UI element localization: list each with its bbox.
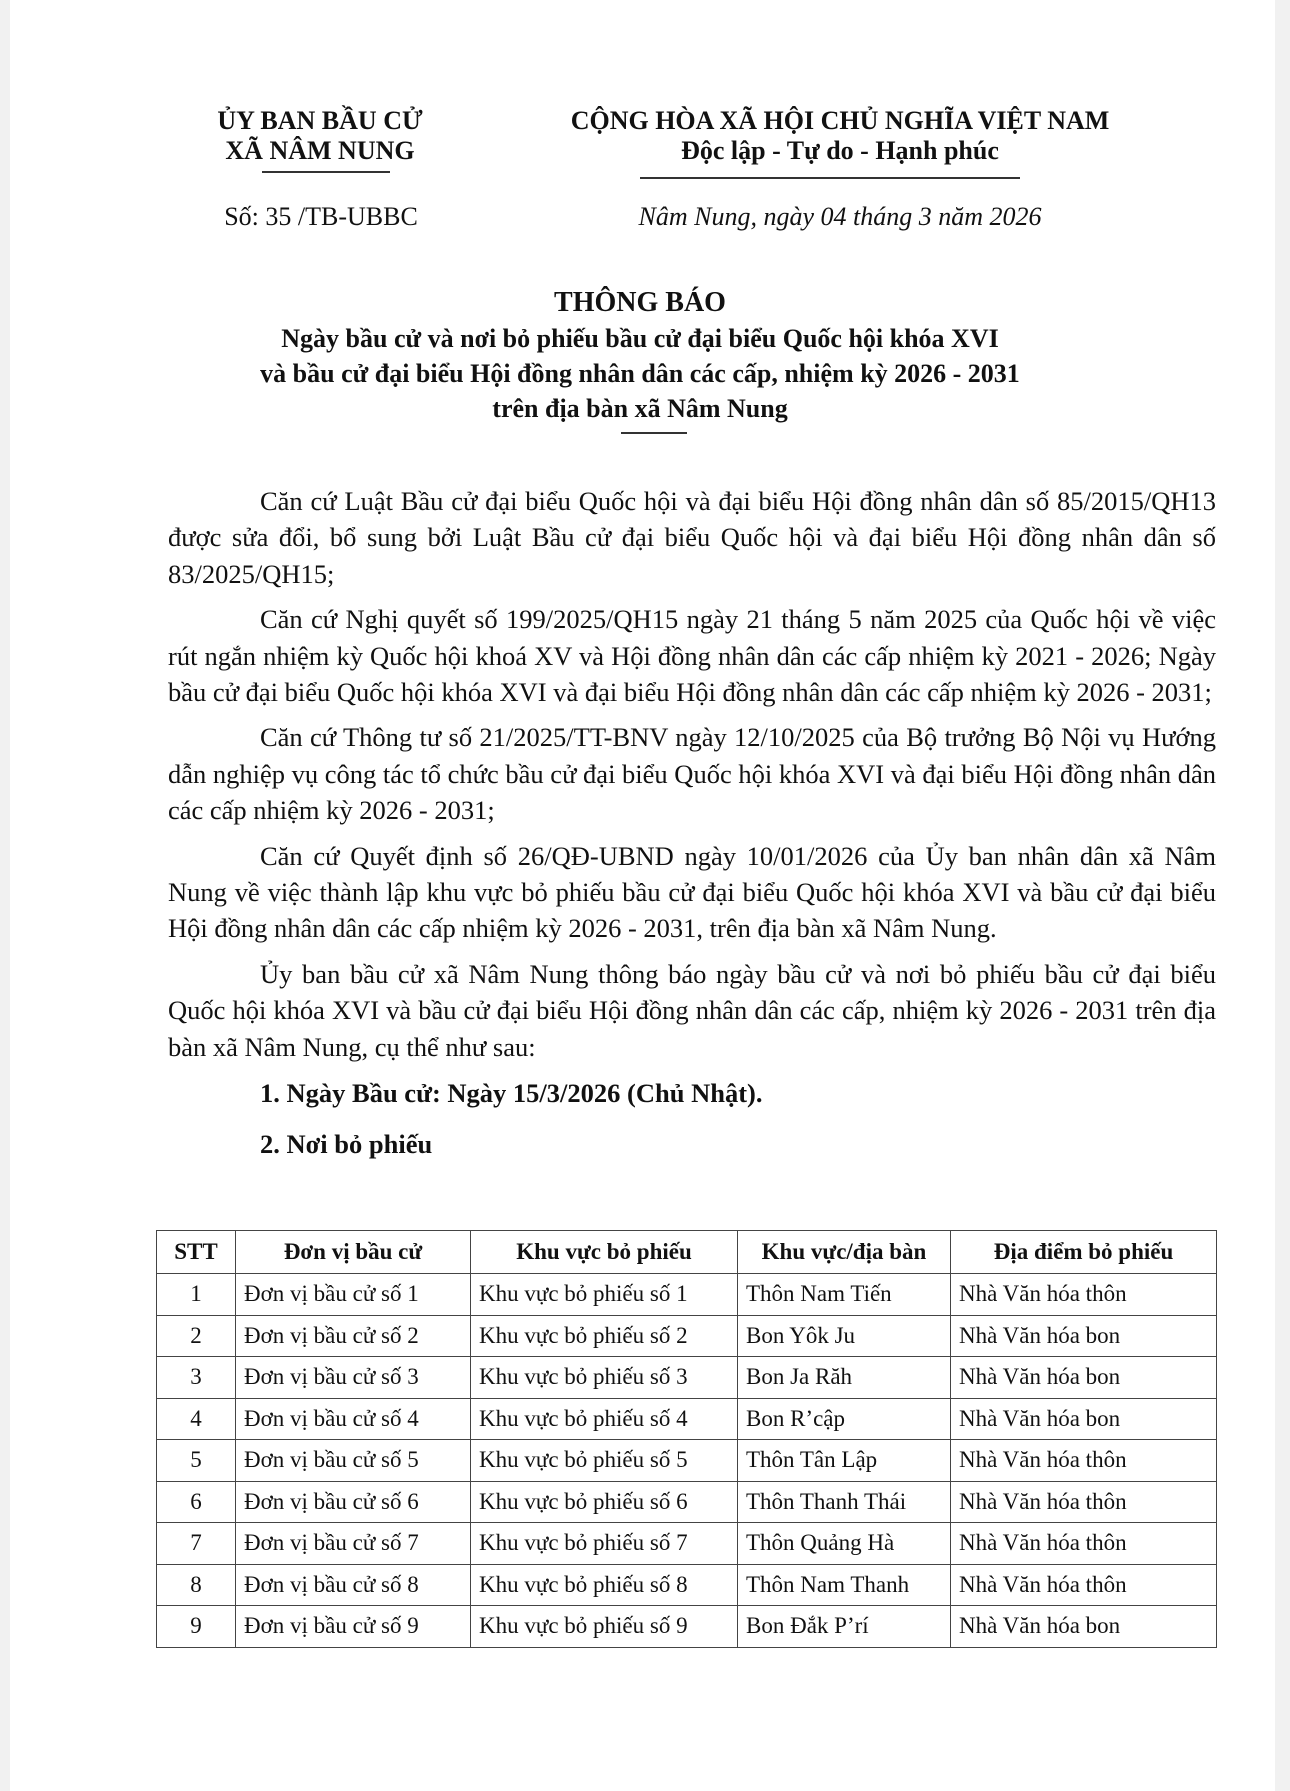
column-header-locality: Khu vực/địa bàn bbox=[738, 1231, 951, 1274]
table-row: 6Đơn vị bầu cử số 6Khu vực bỏ phiếu số 6… bbox=[157, 1481, 1217, 1523]
table-header-row: STT Đơn vị bầu cử Khu vực bỏ phiếu Khu v… bbox=[157, 1231, 1217, 1274]
cell-electoral-unit: Đơn vị bầu cử số 4 bbox=[236, 1398, 471, 1440]
section-election-date: 1. Ngày Bầu cử: Ngày 15/3/2026 (Chủ Nhật… bbox=[168, 1075, 1216, 1111]
title-underline bbox=[621, 432, 687, 434]
cell-polling-area: Khu vực bỏ phiếu số 2 bbox=[471, 1315, 738, 1357]
cell-polling-location: Nhà Văn hóa thôn bbox=[951, 1523, 1217, 1565]
cell-locality: Thôn Nam Tiến bbox=[738, 1274, 951, 1316]
cell-polling-area: Khu vực bỏ phiếu số 7 bbox=[471, 1523, 738, 1565]
cell-polling-area: Khu vực bỏ phiếu số 1 bbox=[471, 1274, 738, 1316]
title-subtitle-3: trên địa bàn xã Nâm Nung bbox=[140, 391, 1140, 426]
national-heading: CỘNG HÒA XÃ HỘI CHỦ NGHĨA VIỆT NAM Độc l… bbox=[540, 106, 1140, 166]
cell-locality: Bon Yôk Ju bbox=[738, 1315, 951, 1357]
cell-polling-location: Nhà Văn hóa bon bbox=[951, 1606, 1217, 1648]
document-date: Nâm Nung, ngày 04 tháng 3 năm 2026 bbox=[540, 202, 1140, 232]
cell-locality: Bon Đắk P’rí bbox=[738, 1606, 951, 1648]
column-header-electoral-unit: Đơn vị bầu cử bbox=[236, 1231, 471, 1274]
section-polling-places: 2. Nơi bỏ phiếu bbox=[168, 1126, 1216, 1162]
table-row: 5Đơn vị bầu cử số 5Khu vực bỏ phiếu số 5… bbox=[157, 1440, 1217, 1482]
cell-polling-location: Nhà Văn hóa thôn bbox=[951, 1440, 1217, 1482]
table-row: 4Đơn vị bầu cử số 4Khu vực bỏ phiếu số 4… bbox=[157, 1398, 1217, 1440]
cell-electoral-unit: Đơn vị bầu cử số 9 bbox=[236, 1606, 471, 1648]
cell-locality: Thôn Nam Thanh bbox=[738, 1564, 951, 1606]
document-title: THÔNG BÁO Ngày bầu cử và nơi bỏ phiếu bầ… bbox=[140, 285, 1140, 426]
table-row: 2Đơn vị bầu cử số 2Khu vực bỏ phiếu số 2… bbox=[157, 1315, 1217, 1357]
authority-underline bbox=[262, 171, 390, 173]
authority-line-1: ỦY BAN BẦU CỬ bbox=[170, 106, 470, 136]
cell-electoral-unit: Đơn vị bầu cử số 6 bbox=[236, 1481, 471, 1523]
cell-stt: 2 bbox=[157, 1315, 236, 1357]
column-header-polling-area: Khu vực bỏ phiếu bbox=[471, 1231, 738, 1274]
cell-locality: Thôn Thanh Thái bbox=[738, 1481, 951, 1523]
issuing-authority: ỦY BAN BẦU CỬ XÃ NÂM NUNG bbox=[170, 106, 470, 166]
cell-stt: 4 bbox=[157, 1398, 236, 1440]
cell-electoral-unit: Đơn vị bầu cử số 1 bbox=[236, 1274, 471, 1316]
cell-locality: Thôn Tân Lập bbox=[738, 1440, 951, 1482]
cell-polling-area: Khu vực bỏ phiếu số 5 bbox=[471, 1440, 738, 1482]
cell-stt: 8 bbox=[157, 1564, 236, 1606]
column-header-polling-location: Địa điểm bỏ phiếu bbox=[951, 1231, 1217, 1274]
paragraph-legal-basis-3: Căn cứ Thông tư số 21/2025/TT-BNV ngày 1… bbox=[168, 719, 1216, 828]
cell-polling-area: Khu vực bỏ phiếu số 3 bbox=[471, 1357, 738, 1399]
cell-electoral-unit: Đơn vị bầu cử số 7 bbox=[236, 1523, 471, 1565]
national-motto: Độc lập - Tự do - Hạnh phúc bbox=[540, 136, 1140, 166]
paragraph-legal-basis-1: Căn cứ Luật Bầu cử đại biểu Quốc hội và … bbox=[168, 483, 1216, 592]
cell-polling-area: Khu vực bỏ phiếu số 8 bbox=[471, 1564, 738, 1606]
cell-electoral-unit: Đơn vị bầu cử số 2 bbox=[236, 1315, 471, 1357]
cell-electoral-unit: Đơn vị bầu cử số 8 bbox=[236, 1564, 471, 1606]
cell-polling-area: Khu vực bỏ phiếu số 6 bbox=[471, 1481, 738, 1523]
paragraph-announcement: Ủy ban bầu cử xã Nâm Nung thông báo ngày… bbox=[168, 956, 1216, 1065]
authority-line-2: XÃ NÂM NUNG bbox=[170, 136, 470, 166]
table-row: 1Đơn vị bầu cử số 1Khu vực bỏ phiếu số 1… bbox=[157, 1274, 1217, 1316]
cell-stt: 7 bbox=[157, 1523, 236, 1565]
polling-places-table: STT Đơn vị bầu cử Khu vực bỏ phiếu Khu v… bbox=[156, 1230, 1217, 1648]
cell-polling-location: Nhà Văn hóa thôn bbox=[951, 1481, 1217, 1523]
cell-polling-location: Nhà Văn hóa bon bbox=[951, 1315, 1217, 1357]
cell-locality: Thôn Quảng Hà bbox=[738, 1523, 951, 1565]
document-number: Số: 35 /TB-UBBC bbox=[176, 202, 466, 232]
title-subtitle-1: Ngày bầu cử và nơi bỏ phiếu bầu cử đại b… bbox=[140, 321, 1140, 356]
cell-stt: 6 bbox=[157, 1481, 236, 1523]
cell-polling-location: Nhà Văn hóa bon bbox=[951, 1398, 1217, 1440]
cell-polling-location: Nhà Văn hóa thôn bbox=[951, 1274, 1217, 1316]
cell-locality: Bon Ja Răh bbox=[738, 1357, 951, 1399]
cell-polling-area: Khu vực bỏ phiếu số 4 bbox=[471, 1398, 738, 1440]
paragraph-legal-basis-2: Căn cứ Nghị quyết số 199/2025/QH15 ngày … bbox=[168, 601, 1216, 710]
title-main: THÔNG BÁO bbox=[140, 285, 1140, 321]
table-row: 3Đơn vị bầu cử số 3Khu vực bỏ phiếu số 3… bbox=[157, 1357, 1217, 1399]
cell-locality: Bon R’cập bbox=[738, 1398, 951, 1440]
document-body: Căn cứ Luật Bầu cử đại biểu Quốc hội và … bbox=[168, 483, 1216, 1176]
cell-electoral-unit: Đơn vị bầu cử số 3 bbox=[236, 1357, 471, 1399]
cell-polling-location: Nhà Văn hóa thôn bbox=[951, 1564, 1217, 1606]
cell-stt: 9 bbox=[157, 1606, 236, 1648]
table-row: 9Đơn vị bầu cử số 9Khu vực bỏ phiếu số 9… bbox=[157, 1606, 1217, 1648]
table-row: 7Đơn vị bầu cử số 7Khu vực bỏ phiếu số 7… bbox=[157, 1523, 1217, 1565]
table-row: 8Đơn vị bầu cử số 8Khu vực bỏ phiếu số 8… bbox=[157, 1564, 1217, 1606]
cell-stt: 5 bbox=[157, 1440, 236, 1482]
cell-polling-location: Nhà Văn hóa bon bbox=[951, 1357, 1217, 1399]
paragraph-legal-basis-4: Căn cứ Quyết định số 26/QĐ-UBND ngày 10/… bbox=[168, 838, 1216, 947]
title-subtitle-2: và bầu cử đại biểu Hội đồng nhân dân các… bbox=[140, 356, 1140, 391]
cell-polling-area: Khu vực bỏ phiếu số 9 bbox=[471, 1606, 738, 1648]
motto-underline bbox=[640, 177, 1020, 179]
national-name: CỘNG HÒA XÃ HỘI CHỦ NGHĨA VIỆT NAM bbox=[540, 106, 1140, 136]
cell-stt: 1 bbox=[157, 1274, 236, 1316]
column-header-stt: STT bbox=[157, 1231, 236, 1274]
cell-stt: 3 bbox=[157, 1357, 236, 1399]
cell-electoral-unit: Đơn vị bầu cử số 5 bbox=[236, 1440, 471, 1482]
